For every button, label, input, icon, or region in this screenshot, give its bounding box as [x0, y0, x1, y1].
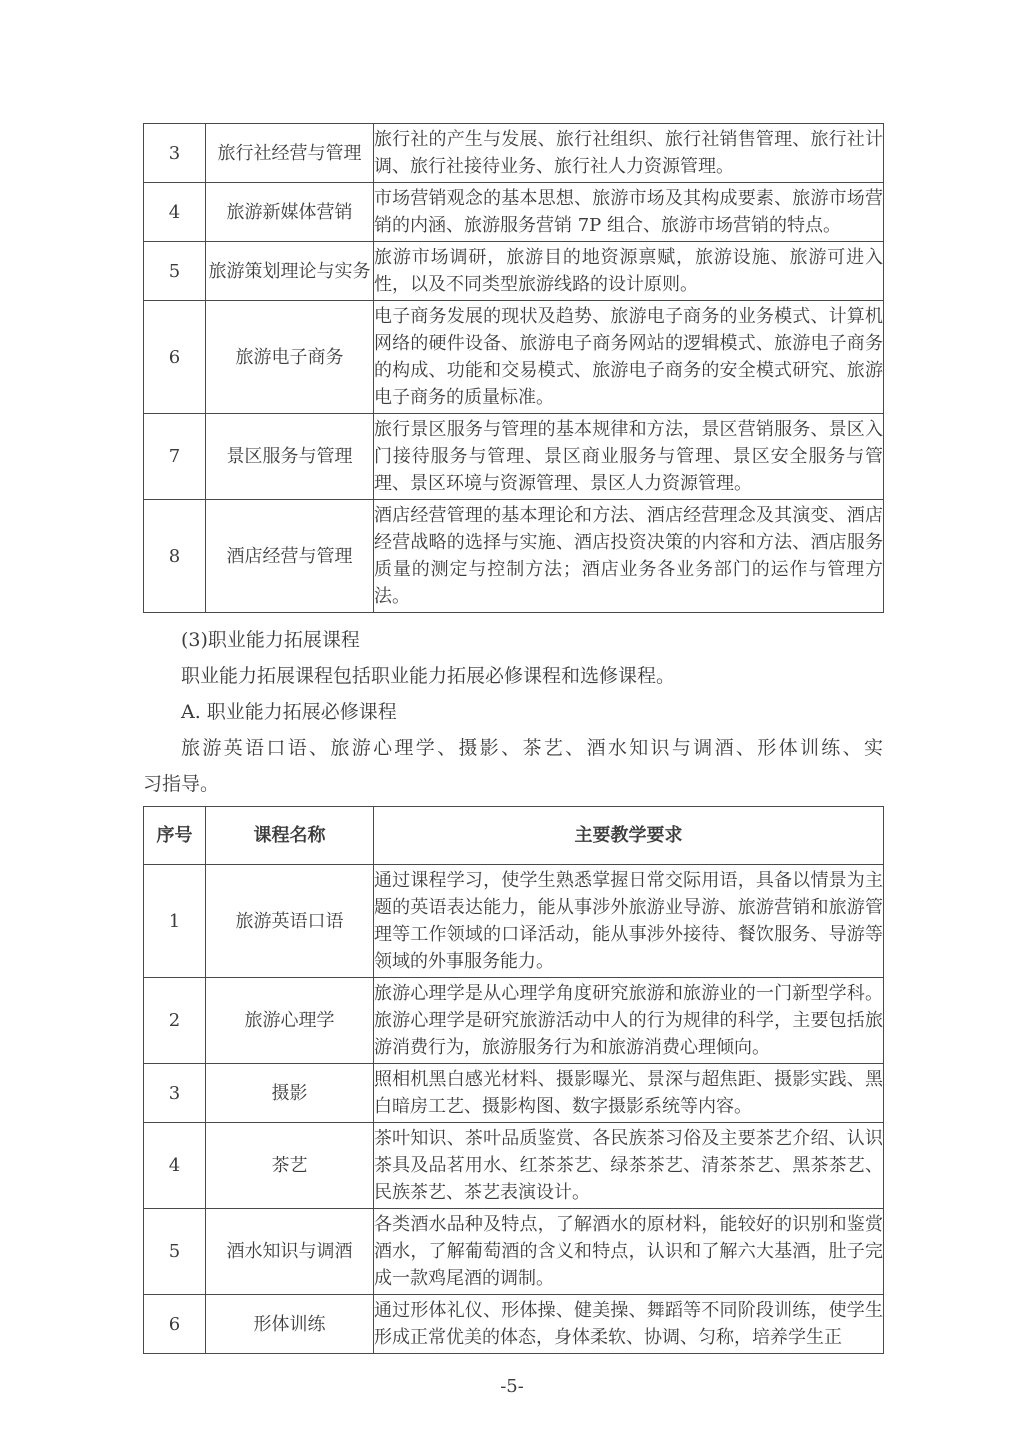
course-name-cell: 茶艺	[206, 1123, 374, 1209]
table-row: 3 摄影 照相机黑白感光材料、摄影曝光、景深与超焦距、摄影实践、黑白暗房工艺、摄…	[144, 1064, 884, 1123]
course-name-cell: 形体训练	[206, 1295, 374, 1354]
course-desc-cell: 旅游心理学是从心理学角度研究旅游和旅游业的一门新型学科。旅游心理学是研究旅游活动…	[374, 978, 884, 1064]
header-teaching-requirements: 主要教学要求	[374, 807, 884, 865]
row-number-cell: 6	[144, 301, 206, 414]
subsection-heading: A. 职业能力拓展必修课程	[143, 694, 883, 730]
row-number-cell: 2	[144, 978, 206, 1064]
row-number-cell: 1	[144, 865, 206, 978]
table-row: 4 旅游新媒体营销 市场营销观念的基本思想、旅游市场及其构成要素、旅游市场营销的…	[144, 183, 884, 242]
table-row: 8 酒店经营与管理 酒店经营管理的基本理论和方法、酒店经营理念及其演变、酒店经营…	[144, 500, 884, 613]
course-name-cell: 旅行社经营与管理	[206, 124, 374, 183]
table-header-row: 序号 课程名称 主要教学要求	[144, 807, 884, 865]
row-number-cell: 3	[144, 124, 206, 183]
course-desc-cell: 通过形体礼仪、形体操、健美操、舞蹈等不同阶段训练，使学生形成正常优美的体态，身体…	[374, 1295, 884, 1354]
body-paragraph-line: 旅游英语口语、旅游心理学、摄影、茶艺、酒水知识与调酒、形体训练、实	[143, 730, 883, 766]
row-number-cell: 5	[144, 242, 206, 301]
course-desc-cell: 茶叶知识、茶叶品质鉴赏、各民族茶习俗及主要茶艺介绍、认识茶具及品茗用水、红茶茶艺…	[374, 1123, 884, 1209]
body-paragraphs: (3)职业能力拓展课程 职业能力拓展课程包括职业能力拓展必修课程和选修课程。 A…	[143, 622, 883, 802]
header-course-name: 课程名称	[206, 807, 374, 865]
body-paragraph-line: 习指导。	[143, 766, 883, 802]
table-row: 4 茶艺 茶叶知识、茶叶品质鉴赏、各民族茶习俗及主要茶艺介绍、认识茶具及品茗用水…	[144, 1123, 884, 1209]
course-desc-cell: 旅行社的产生与发展、旅行社组织、旅行社销售管理、旅行社计调、旅行社接待业务、旅行…	[374, 124, 884, 183]
course-table-lower: 序号 课程名称 主要教学要求 1 旅游英语口语 通过课程学习，使学生熟悉掌握日常…	[143, 806, 884, 1354]
course-desc-cell: 电子商务发展的现状及趋势、旅游电子商务的业务模式、计算机网络的硬件设备、旅游电子…	[374, 301, 884, 414]
table-row: 5 旅游策划理论与实务 旅游市场调研，旅游目的地资源禀赋，旅游设施、旅游可进入性…	[144, 242, 884, 301]
course-name-cell: 旅游英语口语	[206, 865, 374, 978]
table-row: 6 形体训练 通过形体礼仪、形体操、健美操、舞蹈等不同阶段训练，使学生形成正常优…	[144, 1295, 884, 1354]
row-number-cell: 4	[144, 1123, 206, 1209]
course-desc-cell: 旅行景区服务与管理的基本规律和方法，景区营销服务、景区入门接待服务与管理、景区商…	[374, 414, 884, 500]
row-number-cell: 8	[144, 500, 206, 613]
section-heading: (3)职业能力拓展课程	[143, 622, 883, 658]
row-number-cell: 6	[144, 1295, 206, 1354]
course-desc-cell: 通过课程学习，使学生熟悉掌握日常交际用语，具备以情景为主题的英语表达能力，能从事…	[374, 865, 884, 978]
row-number-cell: 3	[144, 1064, 206, 1123]
table-row: 2 旅游心理学 旅游心理学是从心理学角度研究旅游和旅游业的一门新型学科。旅游心理…	[144, 978, 884, 1064]
course-name-cell: 酒店经营与管理	[206, 500, 374, 613]
row-number-cell: 5	[144, 1209, 206, 1295]
course-name-cell: 摄影	[206, 1064, 374, 1123]
body-paragraph: 职业能力拓展课程包括职业能力拓展必修课程和选修课程。	[143, 658, 883, 694]
course-desc-cell: 酒店经营管理的基本理论和方法、酒店经营理念及其演变、酒店经营战略的选择与实施、酒…	[374, 500, 884, 613]
course-desc-cell: 市场营销观念的基本思想、旅游市场及其构成要素、旅游市场营销的内涵、旅游服务营销 …	[374, 183, 884, 242]
course-desc-cell: 照相机黑白感光材料、摄影曝光、景深与超焦距、摄影实践、黑白暗房工艺、摄影构图、数…	[374, 1064, 884, 1123]
course-name-cell: 旅游电子商务	[206, 301, 374, 414]
course-desc-cell: 旅游市场调研，旅游目的地资源禀赋，旅游设施、旅游可进入性，以及不同类型旅游线路的…	[374, 242, 884, 301]
table-row: 1 旅游英语口语 通过课程学习，使学生熟悉掌握日常交际用语，具备以情景为主题的英…	[144, 865, 884, 978]
page-content: 3 旅行社经营与管理 旅行社的产生与发展、旅行社组织、旅行社销售管理、旅行社计调…	[143, 123, 883, 1354]
course-name-cell: 旅游心理学	[206, 978, 374, 1064]
table-row: 3 旅行社经营与管理 旅行社的产生与发展、旅行社组织、旅行社销售管理、旅行社计调…	[144, 124, 884, 183]
table-row: 6 旅游电子商务 电子商务发展的现状及趋势、旅游电子商务的业务模式、计算机网络的…	[144, 301, 884, 414]
course-desc-cell: 各类酒水品种及特点，了解酒水的原材料，能较好的识别和鉴赏酒水，了解葡萄酒的含义和…	[374, 1209, 884, 1295]
table-row: 5 酒水知识与调酒 各类酒水品种及特点，了解酒水的原材料，能较好的识别和鉴赏酒水…	[144, 1209, 884, 1295]
row-number-cell: 7	[144, 414, 206, 500]
course-table-upper: 3 旅行社经营与管理 旅行社的产生与发展、旅行社组织、旅行社销售管理、旅行社计调…	[143, 123, 884, 613]
document-page: 3 旅行社经营与管理 旅行社的产生与发展、旅行社组织、旅行社销售管理、旅行社计调…	[0, 0, 1024, 1447]
course-name-cell: 旅游新媒体营销	[206, 183, 374, 242]
header-no: 序号	[144, 807, 206, 865]
row-number-cell: 4	[144, 183, 206, 242]
course-name-cell: 酒水知识与调酒	[206, 1209, 374, 1295]
table-row: 7 景区服务与管理 旅行景区服务与管理的基本规律和方法，景区营销服务、景区入门接…	[144, 414, 884, 500]
course-name-cell: 景区服务与管理	[206, 414, 374, 500]
page-number: -5-	[0, 1376, 1024, 1397]
course-name-cell: 旅游策划理论与实务	[206, 242, 374, 301]
